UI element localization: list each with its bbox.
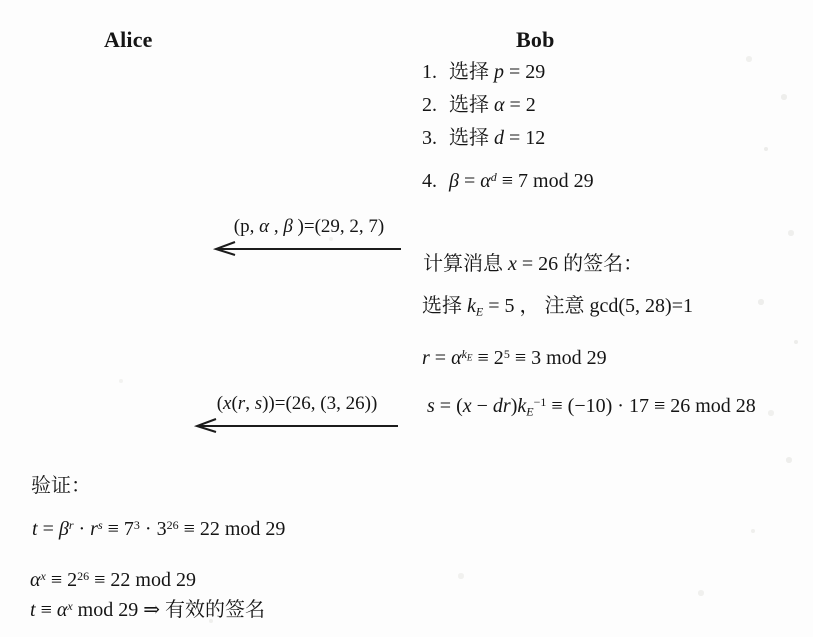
alpha-x-equation: αx ≡ 226 ≡ 22 mod 29 [30, 568, 196, 593]
left-arrow-icon [211, 239, 403, 257]
bob-step-1: 1.选择 p = 29 [422, 60, 545, 85]
left-arrow-icon [192, 416, 400, 434]
compute-signature-line: 计算消息 x = 26 的签名： [423, 252, 643, 277]
step-number: 3. [422, 126, 449, 151]
step-text: 选择 α = 2 [449, 94, 536, 116]
step-number: 1. [422, 60, 449, 85]
bob-header: Bob [516, 27, 555, 53]
bob-step-4: 4.β = αd ≡ 7 mod 29 [422, 169, 594, 194]
bob-step-3: 3.选择 d = 12 [422, 126, 545, 151]
step-number: 4. [422, 169, 449, 194]
signature-message-label: (x(r, s))=(26, (3, 26)) [194, 393, 400, 416]
alice-header: Alice [104, 27, 153, 53]
choose-k-line: 选择 kE = 5 ， 注意 gcd(5, 28)=1 [422, 294, 693, 319]
valid-signature-conclusion: t ≡ αx mod 29 ⇒ 有效的签名 [30, 598, 265, 623]
step-number: 2. [422, 93, 449, 118]
s-equation: s = (x − dr)kE−1 ≡ (−10) · 17 ≡ 26 mod 2… [427, 394, 756, 419]
scan-noise-texture [0, 0, 2, 2]
public-key-message-label: (p, α , β )=(29, 2, 7) [213, 216, 405, 239]
step-text: 选择 d = 12 [449, 127, 545, 149]
step-text: β = αd ≡ 7 mod 29 [449, 170, 594, 192]
verification-title: 验证： [31, 474, 91, 499]
scanned-protocol-page: { "page": { "background": "#fdfdfd", "te… [0, 0, 813, 637]
r-equation: r = αkE ≡ 25 ≡ 3 mod 29 [422, 346, 607, 371]
bob-step-2: 2.选择 α = 2 [422, 93, 536, 118]
t-equation: t = βr · rs ≡ 73 · 326 ≡ 22 mod 29 [32, 517, 285, 542]
step-text: 选择 p = 29 [449, 61, 545, 83]
